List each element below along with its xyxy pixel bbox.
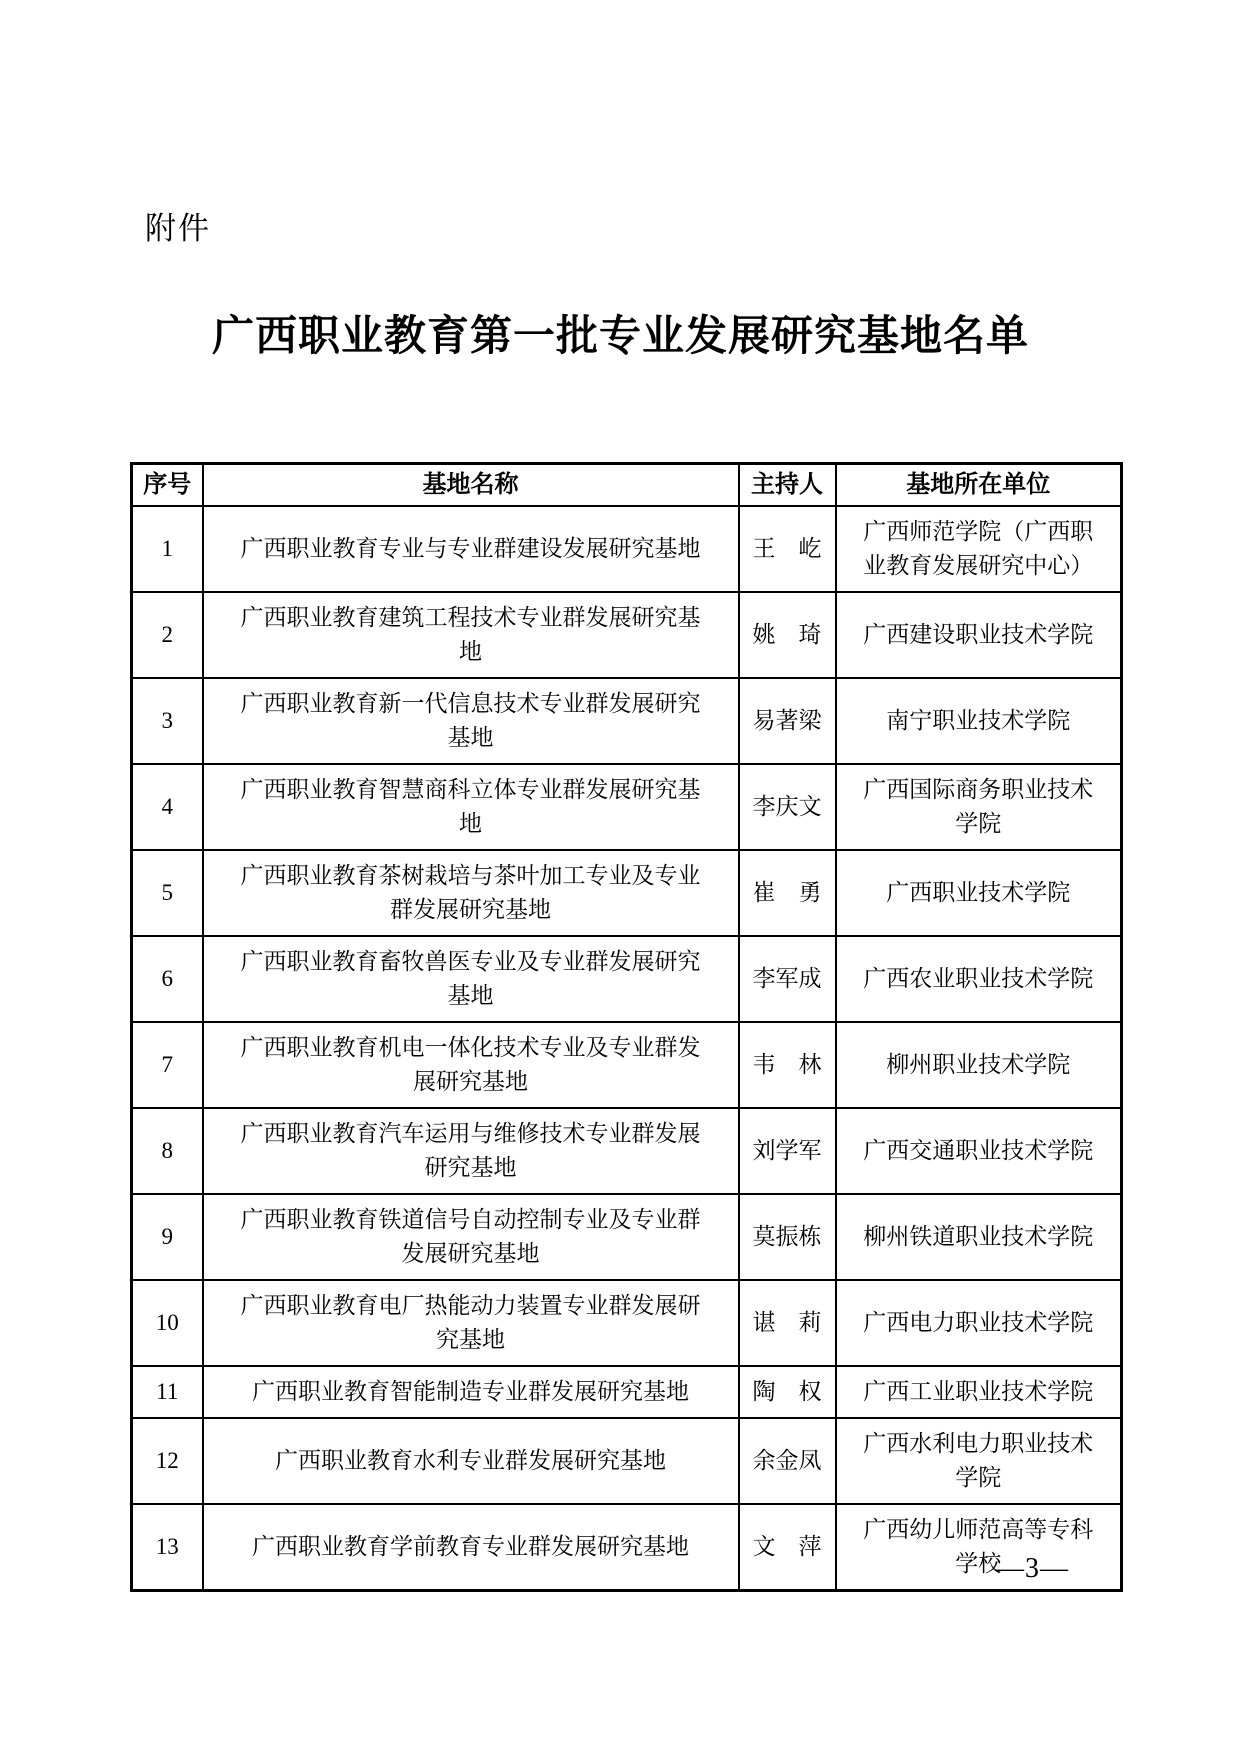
header-serial-number: 序号 (132, 464, 203, 506)
table-row: 13广西职业教育学前教育专业群发展研究基地文 萍广西幼儿师范高等专科学校 (132, 1504, 1122, 1591)
cell-host: 文 萍 (739, 1504, 836, 1591)
table-row: 1广西职业教育专业与专业群建设发展研究基地王 屹广西师范学院（广西职业教育发展研… (132, 506, 1122, 592)
cell-no: 6 (132, 936, 203, 1022)
header-host: 主持人 (739, 464, 836, 506)
cell-host: 崔 勇 (739, 850, 836, 936)
table-row: 11广西职业教育智能制造专业群发展研究基地陶 权广西工业职业技术学院 (132, 1366, 1122, 1418)
cell-name: 广西职业教育智能制造专业群发展研究基地 (203, 1366, 739, 1418)
cell-host: 陶 权 (739, 1366, 836, 1418)
cell-no: 8 (132, 1108, 203, 1194)
table-row: 3广西职业教育新一代信息技术专业群发展研究基地易著梁南宁职业技术学院 (132, 678, 1122, 764)
table-row: 4广西职业教育智慧商科立体专业群发展研究基地李庆文广西国际商务职业技术学院 (132, 764, 1122, 850)
table-row: 5广西职业教育茶树栽培与茶叶加工专业及专业群发展研究基地崔 勇广西职业技术学院 (132, 850, 1122, 936)
cell-name: 广西职业教育机电一体化技术专业及专业群发展研究基地 (203, 1022, 739, 1108)
table-body: 1广西职业教育专业与专业群建设发展研究基地王 屹广西师范学院（广西职业教育发展研… (132, 506, 1122, 1591)
cell-host: 余金凤 (739, 1418, 836, 1504)
cell-unit: 广西农业职业技术学院 (836, 936, 1122, 1022)
cell-host: 李军成 (739, 936, 836, 1022)
document-page: 附件 广西职业教育第一批专业发展研究基地名单 序号 基地名称 主持人 基地所在单… (0, 0, 1241, 1754)
cell-host: 韦 林 (739, 1022, 836, 1108)
cell-name: 广西职业教育畜牧兽医专业及专业群发展研究基地 (203, 936, 739, 1022)
cell-host: 李庆文 (739, 764, 836, 850)
cell-unit: 广西国际商务职业技术学院 (836, 764, 1122, 850)
cell-no: 5 (132, 850, 203, 936)
cell-host: 王 屹 (739, 506, 836, 592)
cell-name: 广西职业教育水利专业群发展研究基地 (203, 1418, 739, 1504)
header-base-name: 基地名称 (203, 464, 739, 506)
cell-unit: 广西建设职业技术学院 (836, 592, 1122, 678)
cell-unit: 广西幼儿师范高等专科学校 (836, 1504, 1122, 1591)
cell-host: 莫振栋 (739, 1194, 836, 1280)
cell-unit: 广西交通职业技术学院 (836, 1108, 1122, 1194)
table-header-row: 序号 基地名称 主持人 基地所在单位 (132, 464, 1122, 506)
cell-no: 12 (132, 1418, 203, 1504)
cell-no: 3 (132, 678, 203, 764)
cell-no: 7 (132, 1022, 203, 1108)
cell-host: 谌 莉 (739, 1280, 836, 1366)
cell-host: 易著梁 (739, 678, 836, 764)
table-row: 9广西职业教育铁道信号自动控制专业及专业群发展研究基地莫振栋柳州铁道职业技术学院 (132, 1194, 1122, 1280)
cell-no: 11 (132, 1366, 203, 1418)
page-title: 广西职业教育第一批专业发展研究基地名单 (0, 303, 1241, 363)
table-row: 12广西职业教育水利专业群发展研究基地余金凤广西水利电力职业技术学院 (132, 1418, 1122, 1504)
cell-unit: 南宁职业技术学院 (836, 678, 1122, 764)
cell-unit: 广西水利电力职业技术学院 (836, 1418, 1122, 1504)
header-base-unit: 基地所在单位 (836, 464, 1122, 506)
cell-no: 10 (132, 1280, 203, 1366)
cell-name: 广西职业教育新一代信息技术专业群发展研究基地 (203, 678, 739, 764)
table-header: 序号 基地名称 主持人 基地所在单位 (132, 464, 1122, 506)
cell-no: 1 (132, 506, 203, 592)
cell-name: 广西职业教育电厂热能动力装置专业群发展研究基地 (203, 1280, 739, 1366)
page-number: —3— (996, 1553, 1069, 1585)
cell-name: 广西职业教育铁道信号自动控制专业及专业群发展研究基地 (203, 1194, 739, 1280)
cell-unit: 广西师范学院（广西职业教育发展研究中心） (836, 506, 1122, 592)
cell-name: 广西职业教育汽车运用与维修技术专业群发展研究基地 (203, 1108, 739, 1194)
cell-no: 2 (132, 592, 203, 678)
cell-no: 9 (132, 1194, 203, 1280)
table-row: 10广西职业教育电厂热能动力装置专业群发展研究基地谌 莉广西电力职业技术学院 (132, 1280, 1122, 1366)
table-row: 8广西职业教育汽车运用与维修技术专业群发展研究基地刘学军广西交通职业技术学院 (132, 1108, 1122, 1194)
cell-unit: 广西电力职业技术学院 (836, 1280, 1122, 1366)
cell-host: 姚 琦 (739, 592, 836, 678)
cell-unit: 柳州职业技术学院 (836, 1022, 1122, 1108)
table-row: 7广西职业教育机电一体化技术专业及专业群发展研究基地韦 林柳州职业技术学院 (132, 1022, 1122, 1108)
cell-host: 刘学军 (739, 1108, 836, 1194)
cell-name: 广西职业教育建筑工程技术专业群发展研究基地 (203, 592, 739, 678)
cell-unit: 柳州铁道职业技术学院 (836, 1194, 1122, 1280)
table-row: 6广西职业教育畜牧兽医专业及专业群发展研究基地李军成广西农业职业技术学院 (132, 936, 1122, 1022)
table-row: 2广西职业教育建筑工程技术专业群发展研究基地姚 琦广西建设职业技术学院 (132, 592, 1122, 678)
cell-name: 广西职业教育茶树栽培与茶叶加工专业及专业群发展研究基地 (203, 850, 739, 936)
cell-name: 广西职业教育专业与专业群建设发展研究基地 (203, 506, 739, 592)
cell-name: 广西职业教育智慧商科立体专业群发展研究基地 (203, 764, 739, 850)
cell-unit: 广西工业职业技术学院 (836, 1366, 1122, 1418)
attachment-label: 附件 (145, 203, 211, 248)
cell-unit: 广西职业技术学院 (836, 850, 1122, 936)
cell-no: 13 (132, 1504, 203, 1591)
cell-name: 广西职业教育学前教育专业群发展研究基地 (203, 1504, 739, 1591)
research-base-table: 序号 基地名称 主持人 基地所在单位 1广西职业教育专业与专业群建设发展研究基地… (130, 462, 1123, 1592)
cell-no: 4 (132, 764, 203, 850)
